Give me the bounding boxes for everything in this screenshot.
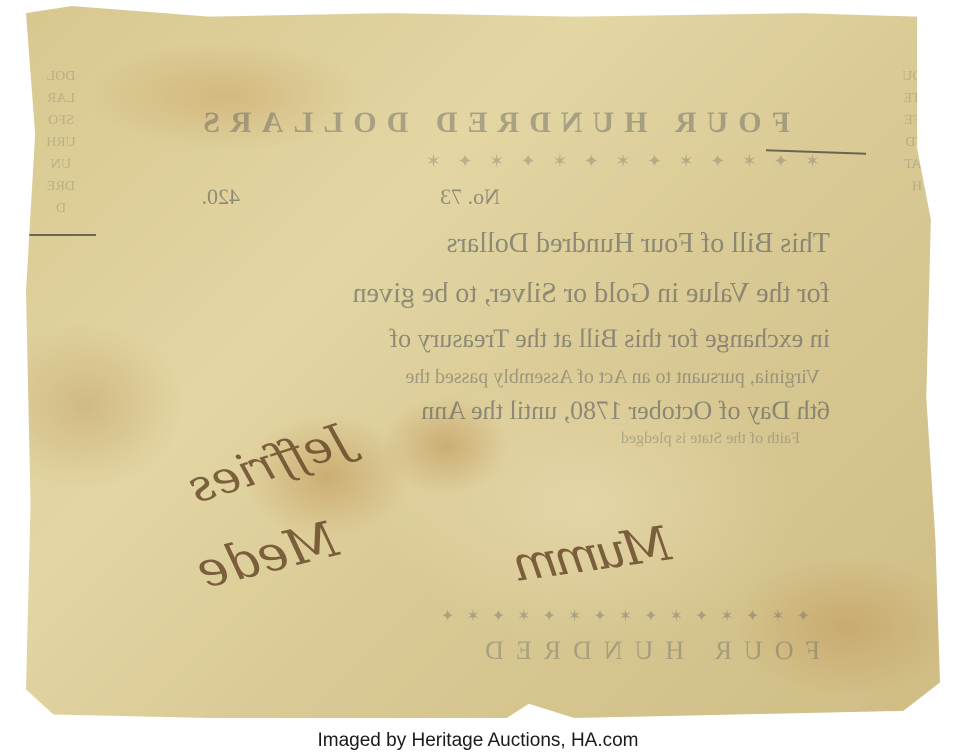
image-credit-caption: Imaged by Heritage Auctions, HA.com [0,730,956,752]
ornament-row: ✶ ✦ ✶ ✦ ✶ ✦ ✶ ✦ ✶ ✦ ✶ ✦ ✶ [420,151,820,172]
note-text-line: Virginia, pursuant to an Act of Assembly… [406,366,820,389]
note-text-line: 6th Day of October 1780, until the Ann [421,396,830,426]
left-border-text: COUNTERFEITDEATH [902,66,932,626]
denomination-title: FOUR HUNDRED DOLLARS [193,106,790,140]
note-text-line: in exchange for this Bill at the Treasur… [390,324,830,354]
banknote-photo: FOUR HUNDRED DOLLARS ✶ ✦ ✶ ✦ ✶ ✦ ✶ ✦ ✶ ✦… [26,6,940,718]
show-through-print: FOUR HUNDRED DOLLARS ✶ ✦ ✶ ✦ ✶ ✦ ✶ ✦ ✶ ✦… [26,6,940,718]
serial-number: No. 73 [440,184,500,210]
note-text-line: This Bill of Four Hundred Dollars [447,228,830,260]
ornament-row: ✦ ✶ ✦ ✶ ✦ ✶ ✦ ✶ ✦ ✶ ✦ ✶ ✦ ✶ ✦ [437,606,810,626]
amount-number: 420. [202,184,241,210]
tear-mark [26,234,96,236]
right-border-text: DOLLARSFOURHUNDRED [46,66,76,626]
bottom-denomination: FOUR HUNDRED [473,636,820,666]
note-text-line: for the Value in Gold or Silver, to be g… [353,278,830,310]
note-text-line: Faith of the State is pledged [621,430,800,448]
